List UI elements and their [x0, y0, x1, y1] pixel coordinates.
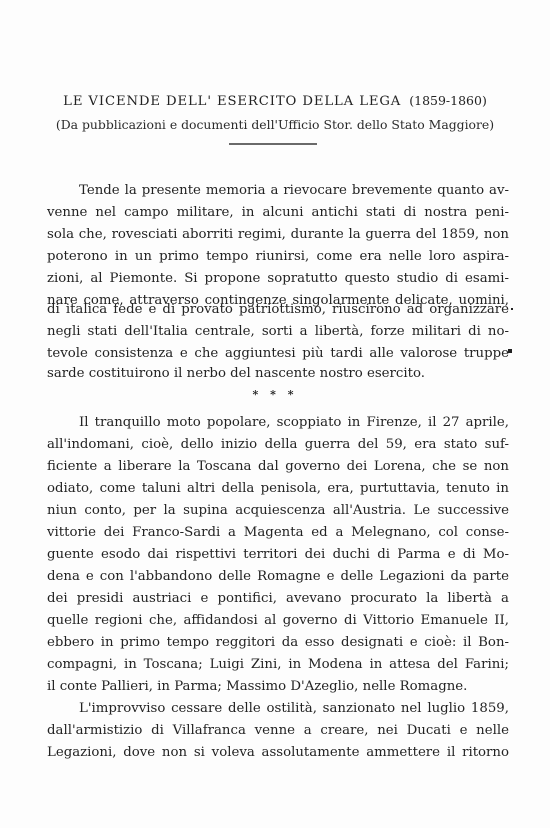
text-line: guente esodo dai rispettivi territori de… — [47, 545, 509, 565]
document-page: LE VICENDE DELL' ESERCITO DELLA LEGA(185… — [0, 0, 550, 828]
text-line: odiato, come taluni altri della penisola… — [47, 479, 509, 499]
text-line: dei presidi austriaci e pontifici, aveva… — [47, 589, 509, 609]
text-line: il conte Pallieri, in Parma; Massimo D'A… — [47, 677, 509, 697]
article-title-years: (1859-1860) — [409, 93, 487, 108]
text-line: venne nel campo militare, in alcuni anti… — [47, 203, 509, 223]
text-line: Il tranquillo moto popolare, scoppiato i… — [79, 413, 509, 433]
text-line: Legazioni, dove non si voleva assolutame… — [47, 743, 509, 763]
text-line: ebbero in primo tempo reggitori da esso … — [47, 633, 509, 653]
text-line: sarde costituirono il nerbo del nascente… — [47, 364, 509, 384]
article-title: LE VICENDE DELL' ESERCITO DELLA LEGA(185… — [0, 93, 550, 109]
text-line: niun conto, per la supina acquiescenza a… — [47, 501, 509, 521]
scan-speck — [508, 349, 512, 353]
text-line: compagni, in Toscana; Luigi Zini, in Mod… — [47, 655, 509, 675]
text-line: sola che, rovesciati aborriti regimi, du… — [47, 225, 509, 245]
text-line: zioni, al Piemonte. Si propone sopratutt… — [47, 269, 509, 289]
scan-speck — [511, 308, 513, 310]
text-line: all'indomani, cioè, dello inizio della g… — [47, 435, 509, 455]
text-line: dall'armistizio di Villafranca venne a c… — [47, 721, 509, 741]
title-rule-divider — [229, 143, 317, 145]
text-line: di italica fede e di provato patriottism… — [47, 300, 509, 320]
section-separator: * * * — [0, 388, 550, 401]
text-line: L'improvviso cessare delle ostilità, san… — [79, 699, 509, 719]
text-line: tevole consistenza e che aggiuntesi più … — [47, 344, 509, 364]
text-line: vittorie dei Franco-Sardi a Magenta ed a… — [47, 523, 509, 543]
text-line: negli stati dell'Italia centrale, sorti … — [47, 322, 509, 342]
text-line: dena e con l'abbandono delle Romagne e d… — [47, 567, 509, 587]
text-line: quelle regioni che, affidandosi al gover… — [47, 611, 509, 631]
article-subtitle: (Da pubblicazioni e documenti dell'Uffic… — [0, 117, 550, 132]
text-line: poterono in un primo tempo riunirsi, com… — [47, 247, 509, 267]
article-title-text: LE VICENDE DELL' ESERCITO DELLA LEGA — [63, 94, 401, 109]
text-line: ficiente a liberare la Toscana dal gover… — [47, 457, 509, 477]
text-line: Tende la presente memoria a rievocare br… — [79, 181, 509, 201]
